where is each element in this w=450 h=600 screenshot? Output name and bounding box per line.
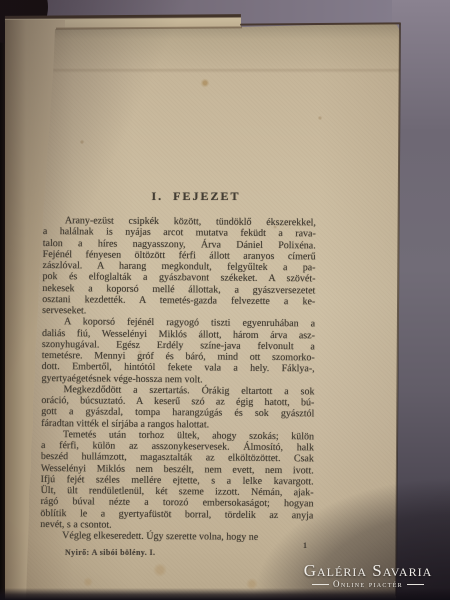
watermark-subtitle: Online piactér bbox=[333, 580, 403, 589]
watermark-subtitle-row: Online piactér bbox=[291, 580, 445, 589]
watermark-dash-right bbox=[407, 584, 424, 586]
page-text-block: Arany-ezüst csipkék között, tündöklő éks… bbox=[40, 215, 316, 544]
watermark-dash-left bbox=[312, 584, 329, 586]
text-line: Végleg elkeseredett. Úgy szerette volna,… bbox=[40, 530, 313, 544]
chapter-heading: I. FEJEZET bbox=[0, 189, 392, 204]
galeria-savaria-watermark: Galéria Savaria Online piactér bbox=[291, 562, 445, 589]
photo-bottom-edge bbox=[0, 588, 450, 600]
book-page-photo: I. FEJEZET Arany-ezüst csipkék között, t… bbox=[0, 0, 450, 600]
running-footer: Nyirő: A sibói bölény. I. bbox=[65, 548, 285, 557]
photo-background-right bbox=[392, 0, 450, 600]
watermark-title: Galéria Savaria bbox=[291, 562, 445, 579]
signature-mark: 1 bbox=[303, 541, 307, 550]
